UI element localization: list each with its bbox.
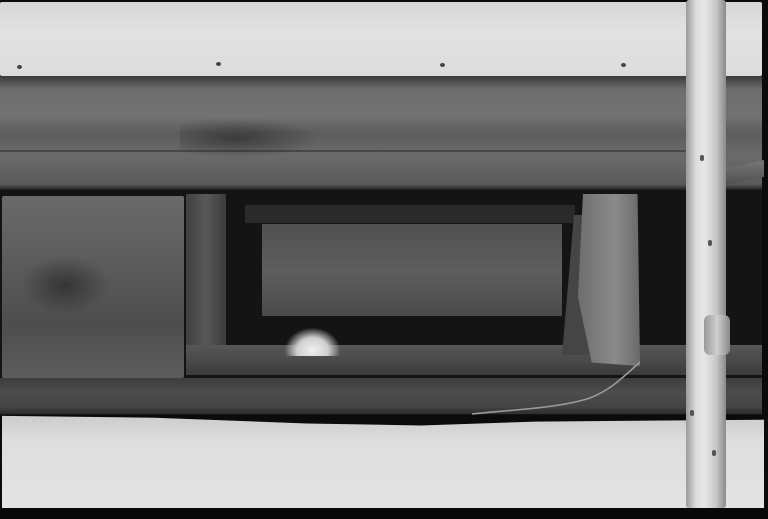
nail-head bbox=[216, 62, 221, 66]
rust-spot bbox=[712, 450, 716, 456]
vertical-metal-pipe bbox=[686, 0, 726, 508]
white-bottom-board bbox=[2, 412, 764, 508]
pipe-clamp bbox=[704, 315, 730, 355]
wooden-wedge-block bbox=[578, 194, 640, 366]
nail-head bbox=[621, 63, 626, 67]
back-shadow bbox=[245, 205, 575, 223]
rust-spot bbox=[700, 155, 704, 161]
photograph bbox=[0, 0, 768, 519]
rust-spot bbox=[708, 240, 712, 246]
white-debris-pile bbox=[285, 328, 340, 356]
nail-head bbox=[440, 63, 445, 67]
panel-stain bbox=[20, 255, 110, 315]
weathered-wood-beam bbox=[0, 76, 762, 190]
nail-head bbox=[17, 65, 22, 69]
rust-spot bbox=[690, 410, 694, 416]
wood-grain-line bbox=[0, 150, 700, 152]
film-border bbox=[0, 508, 768, 519]
wire bbox=[470, 360, 650, 420]
back-wood-board bbox=[262, 224, 562, 316]
beam-stain bbox=[180, 118, 320, 158]
white-top-board bbox=[0, 2, 762, 76]
wood-post bbox=[186, 194, 226, 348]
